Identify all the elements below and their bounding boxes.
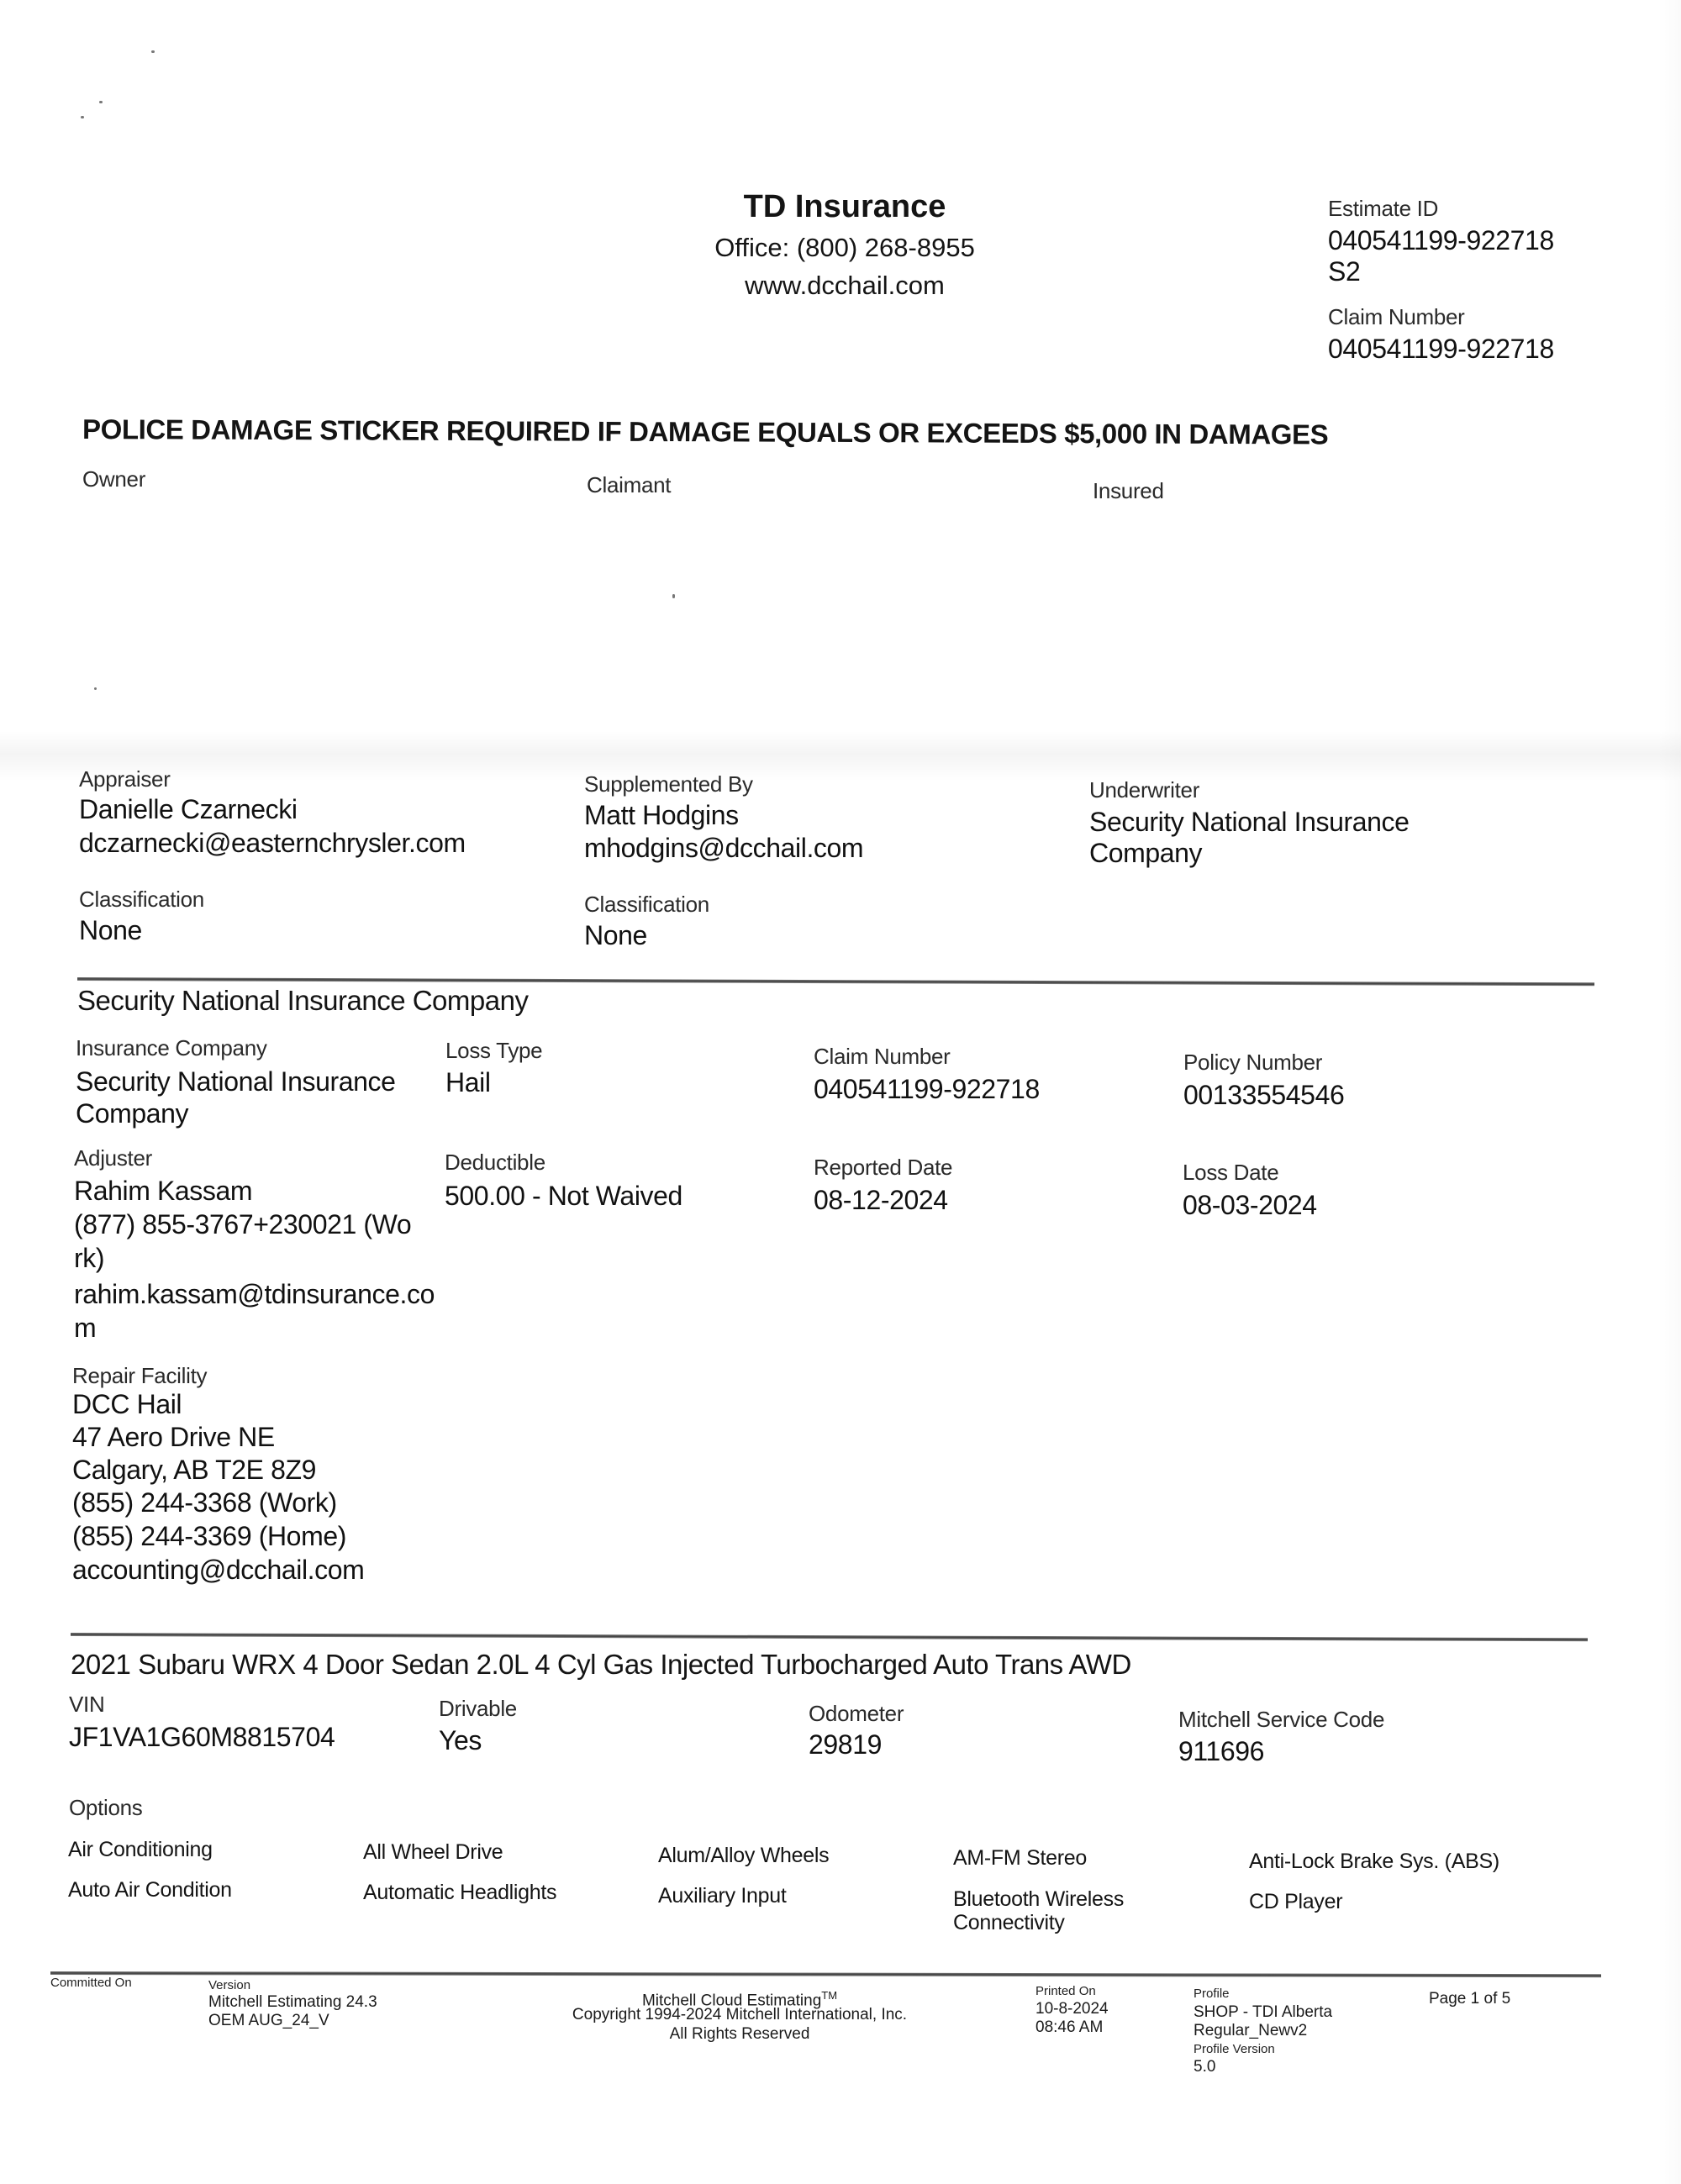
odometer-label: Odometer bbox=[809, 1701, 904, 1727]
profile-line2: Regular_Newv2 bbox=[1194, 2022, 1307, 2040]
profile-version-value: 5.0 bbox=[1194, 2058, 1215, 2076]
printed-on-label: Printed On bbox=[1035, 1984, 1096, 1998]
appraiser-classification-label: Classification bbox=[79, 887, 204, 913]
supplemented-by-label: Supplemented By bbox=[584, 771, 753, 797]
adjuster-phone-line2: rk) bbox=[74, 1241, 104, 1275]
underwriter-label: Underwriter bbox=[1089, 777, 1199, 803]
insurance-company-line1: Security National Insurance bbox=[76, 1065, 396, 1098]
option-item: Bluetooth Wireless bbox=[953, 1887, 1124, 1912]
scan-speck bbox=[81, 116, 84, 118]
option-item: Alum/Alloy Wheels bbox=[658, 1844, 829, 1868]
scan-speck bbox=[151, 50, 155, 53]
printed-time: 08:46 AM bbox=[1035, 2018, 1103, 2037]
trademark: TM bbox=[821, 1989, 837, 2002]
profile-version-label: Profile Version bbox=[1194, 2042, 1275, 2056]
vehicle-divider bbox=[71, 1633, 1588, 1641]
loss-type-label: Loss Type bbox=[445, 1038, 542, 1064]
rights-reserved: All Rights Reserved bbox=[530, 2025, 950, 2044]
adjuster-email-line2[interactable]: m bbox=[74, 1311, 96, 1345]
supplemented-by-name: Matt Hodgins bbox=[584, 798, 739, 832]
option-item: AM-FM Stereo bbox=[953, 1846, 1087, 1871]
loss-date-label: Loss Date bbox=[1183, 1160, 1278, 1186]
vehicle-title: 2021 Subaru WRX 4 Door Sedan 2.0L 4 Cyl … bbox=[71, 1649, 1131, 1681]
repair-facility-email[interactable]: accounting@dcchail.com bbox=[72, 1553, 364, 1587]
scan-edge-shadow bbox=[1657, 0, 1681, 2184]
option-item-continued: Connectivity bbox=[953, 1911, 1065, 1935]
adjuster-name: Rahim Kassam bbox=[74, 1174, 252, 1208]
loss-date-value: 08-03-2024 bbox=[1183, 1188, 1317, 1222]
option-item: Auto Air Condition bbox=[68, 1878, 232, 1902]
website-link[interactable]: www.dcchail.com bbox=[0, 271, 1681, 301]
policy-number-value: 00133554546 bbox=[1183, 1078, 1344, 1112]
supplemented-classification-label: Classification bbox=[584, 892, 709, 918]
odometer-value: 29819 bbox=[809, 1728, 882, 1761]
repair-facility-phone-work: (855) 244-3368 (Work) bbox=[72, 1486, 337, 1519]
insurance-section-title: Security National Insurance Company bbox=[77, 985, 528, 1017]
committed-on-label: Committed On bbox=[50, 1976, 132, 1990]
appraiser-classification-value: None bbox=[79, 913, 142, 947]
estimate-id-label: Estimate ID bbox=[1328, 196, 1438, 222]
version-line2: OEM AUG_24_V bbox=[208, 2012, 329, 2030]
option-item: Air Conditioning bbox=[68, 1838, 213, 1862]
scan-speck bbox=[672, 594, 675, 598]
adjuster-phone-line1: (877) 855-3767+230021 (Wo bbox=[74, 1208, 411, 1241]
appraiser-label: Appraiser bbox=[79, 766, 171, 792]
appraiser-email[interactable]: dczarnecki@easternchrysler.com bbox=[79, 826, 466, 860]
underwriter-value-line2: Company bbox=[1089, 836, 1202, 870]
reported-date-value: 08-12-2024 bbox=[814, 1183, 948, 1217]
repair-facility-address1: 47 Aero Drive NE bbox=[72, 1420, 275, 1454]
option-item: Automatic Headlights bbox=[363, 1881, 556, 1905]
drivable-label: Drivable bbox=[439, 1696, 517, 1722]
owner-label: Owner bbox=[82, 466, 145, 492]
adjuster-label: Adjuster bbox=[74, 1145, 152, 1171]
deductible-label: Deductible bbox=[445, 1150, 545, 1176]
vin-value: JF1VA1G60M8815704 bbox=[69, 1720, 335, 1754]
service-code-value: 911696 bbox=[1178, 1734, 1264, 1768]
header-claim-number-label: Claim Number bbox=[1328, 304, 1465, 330]
estimate-page: TD Insurance Office: (800) 268-8955 www.… bbox=[0, 0, 1681, 2184]
scan-fold-shadow bbox=[0, 731, 1681, 782]
footer-divider bbox=[50, 1971, 1601, 1977]
insurance-company-label: Insurance Company bbox=[76, 1035, 267, 1061]
option-item: Anti-Lock Brake Sys. (ABS) bbox=[1249, 1850, 1499, 1874]
option-item: Auxiliary Input bbox=[658, 1884, 787, 1908]
estimate-id-value: 040541199-922718 bbox=[1328, 224, 1554, 257]
insurance-company-line2: Company bbox=[76, 1097, 188, 1130]
policy-number-label: Policy Number bbox=[1183, 1050, 1322, 1076]
insured-label: Insured bbox=[1093, 478, 1164, 504]
service-code-label: Mitchell Service Code bbox=[1178, 1707, 1384, 1733]
repair-facility-address2: Calgary, AB T2E 8Z9 bbox=[72, 1453, 316, 1487]
option-item: All Wheel Drive bbox=[363, 1840, 503, 1865]
version-line1: Mitchell Estimating 24.3 bbox=[208, 1993, 377, 2012]
adjuster-email-line1[interactable]: rahim.kassam@tdinsurance.co bbox=[74, 1277, 435, 1311]
copyright: Copyright 1994-2024 Mitchell Internation… bbox=[530, 2006, 950, 2024]
version-label: Version bbox=[208, 1978, 250, 1992]
options-label: Options bbox=[69, 1795, 143, 1821]
supplemented-classification-value: None bbox=[584, 918, 647, 952]
scan-speck bbox=[99, 101, 103, 103]
estimate-id-suffix: S2 bbox=[1328, 255, 1360, 288]
header-claim-number-value: 040541199-922718 bbox=[1328, 332, 1554, 366]
profile-line1: SHOP - TDI Alberta bbox=[1194, 2003, 1332, 2022]
scan-speck bbox=[94, 687, 97, 690]
loss-type-value: Hail bbox=[445, 1066, 491, 1099]
vin-label: VIN bbox=[69, 1692, 104, 1718]
repair-facility-name: DCC Hail bbox=[72, 1387, 182, 1421]
page-indicator: Page 1 of 5 bbox=[1429, 1990, 1510, 2008]
deductible-value: 500.00 - Not Waived bbox=[445, 1179, 682, 1213]
profile-label: Profile bbox=[1194, 1987, 1230, 2001]
repair-facility-phone-home: (855) 244-3369 (Home) bbox=[72, 1519, 346, 1553]
supplemented-by-email[interactable]: mhodgins@dcchail.com bbox=[584, 831, 863, 865]
option-item: CD Player bbox=[1249, 1890, 1342, 1914]
repair-facility-label: Repair Facility bbox=[72, 1363, 207, 1389]
claimant-label: Claimant bbox=[587, 472, 671, 498]
claim-number-value: 040541199-922718 bbox=[814, 1072, 1040, 1106]
appraiser-name: Danielle Czarnecki bbox=[79, 792, 298, 826]
claim-number-label: Claim Number bbox=[814, 1044, 951, 1070]
underwriter-value-line1: Security National Insurance bbox=[1089, 805, 1410, 839]
police-sticker-notice: POLICE DAMAGE STICKER REQUIRED IF DAMAGE… bbox=[82, 413, 1328, 450]
drivable-value: Yes bbox=[439, 1724, 482, 1757]
reported-date-label: Reported Date bbox=[814, 1155, 952, 1181]
printed-date: 10-8-2024 bbox=[1035, 2000, 1109, 2018]
